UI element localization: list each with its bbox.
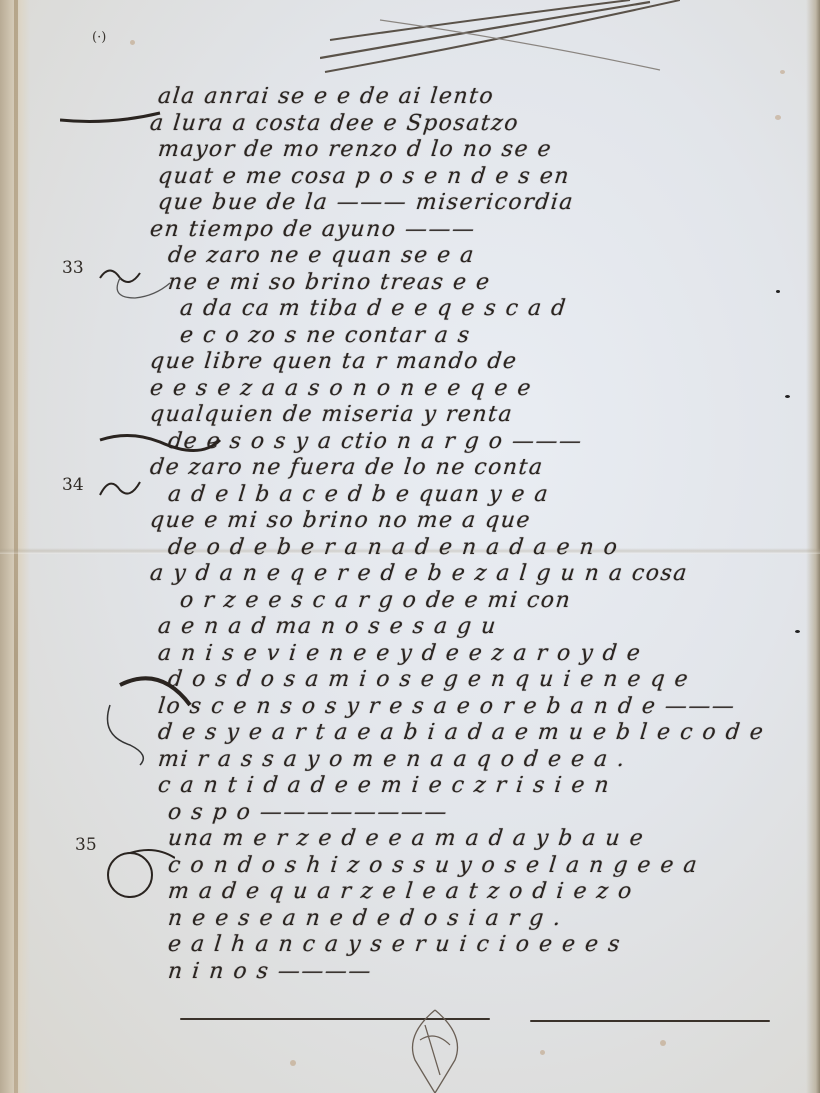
manuscript-page: (·) 33 34 35 ala anrai se e e de ai lent…: [0, 0, 820, 1093]
text-line: n e e s e a n e d e d o s i a r g .: [149, 906, 752, 933]
text-line: e c o zo s ne contar a s: [149, 323, 752, 350]
text-line: c a n t i d a d e e m i e c z r i s i e …: [149, 773, 752, 800]
text-line: mayor de mo renzo d lo no se e: [149, 137, 752, 164]
ink-spot: [776, 290, 780, 293]
text-line: ala anrai se e e de ai lento: [149, 84, 752, 111]
text-line: a y d a n e q e r e d e b e z a l g u n …: [149, 561, 752, 588]
closing-rule: [530, 1020, 770, 1022]
text-line: a lura a costa dee e Sposatzo: [149, 111, 752, 138]
text-line: o r z e e s c a r g o de e mi con: [149, 588, 752, 615]
stain: [780, 70, 785, 74]
text-line: d e s y e a r t a e a b i a d a e m u e …: [149, 720, 752, 747]
text-line: mi r a s s a y o m e n a a q o d e e a .: [149, 747, 752, 774]
text-line: a da ca m tiba d e e q e s c a d: [149, 296, 752, 323]
folio-mark: (·): [92, 30, 106, 45]
text-line: ne e mi so brino treas e e: [149, 270, 752, 297]
entry-35: una m e r z e d e e a m a d a y b a u e …: [150, 826, 750, 985]
stain: [660, 1040, 666, 1046]
text-line: a e n a d ma n o s e s a g u: [149, 614, 752, 641]
ink-spot: [785, 395, 790, 398]
text-line: de zaro ne e quan se e a: [149, 243, 752, 270]
text-line: a d e l b a c e d b e quan y e a: [149, 482, 752, 509]
binding-crease: [14, 0, 18, 1093]
entry-34: de zaro ne fuera de lo ne conta a d e l …: [150, 455, 750, 826]
entry-opening: ala anrai se e e de ai lento a lura a co…: [150, 84, 750, 243]
text-line: a n i s e v i e n e e y d e e z a r o y …: [149, 641, 752, 668]
stain: [540, 1050, 545, 1055]
margin-number: 34: [62, 475, 84, 495]
text-line: e a l h a n c a y s e r u i c i o e e e …: [149, 932, 752, 959]
page-right-edge: [806, 0, 820, 1093]
strike-through-strokes: [320, 0, 680, 80]
text-line: n i n o s ————: [149, 959, 752, 986]
text-line: de zaro ne fuera de lo ne conta: [149, 455, 752, 482]
stain: [130, 40, 135, 45]
text-line: m a d e q u a r z e l e a t z o d i e z …: [149, 879, 752, 906]
text-line: quat e me cosa p o s e n d e s en: [149, 164, 752, 191]
text-line: de o d e b e r a n a d e n a d a e n o: [149, 535, 752, 562]
text-line: e e s e z a a s o n o n e e q e e: [149, 376, 752, 403]
margin-number: 35: [75, 835, 97, 855]
text-line: que bue de la ——— misericordia: [149, 190, 752, 217]
text-line: en tiempo de ayuno ———: [149, 217, 752, 244]
text-line: qualquien de miseria y renta: [149, 402, 752, 429]
ink-spot: [795, 630, 800, 633]
text-line: lo s c e n s o s y r e s a e o r e b a n…: [149, 694, 752, 721]
text-line: de e s o s y a ctio n a r g o ———: [149, 429, 752, 456]
text-line: d o s d o s a m i o s e g e n q u i e n …: [149, 667, 752, 694]
manuscript-text: ala anrai se e e de ai lento a lura a co…: [150, 84, 750, 985]
monogram-icon: [395, 1005, 475, 1093]
stain: [775, 115, 781, 120]
entry-33: de zaro ne e quan se e a ne e mi so brin…: [150, 243, 750, 455]
text-line: que e mi so brino no me a que: [149, 508, 752, 535]
margin-number: 33: [62, 258, 84, 278]
text-line: o s p o ————————: [149, 800, 752, 827]
stain: [290, 1060, 296, 1066]
text-line: que libre quen ta r mando de: [149, 349, 752, 376]
text-line: una m e r z e d e e a m a d a y b a u e: [149, 826, 752, 853]
text-line: c o n d o s h i z o s s u y o s e l a n …: [149, 853, 752, 880]
